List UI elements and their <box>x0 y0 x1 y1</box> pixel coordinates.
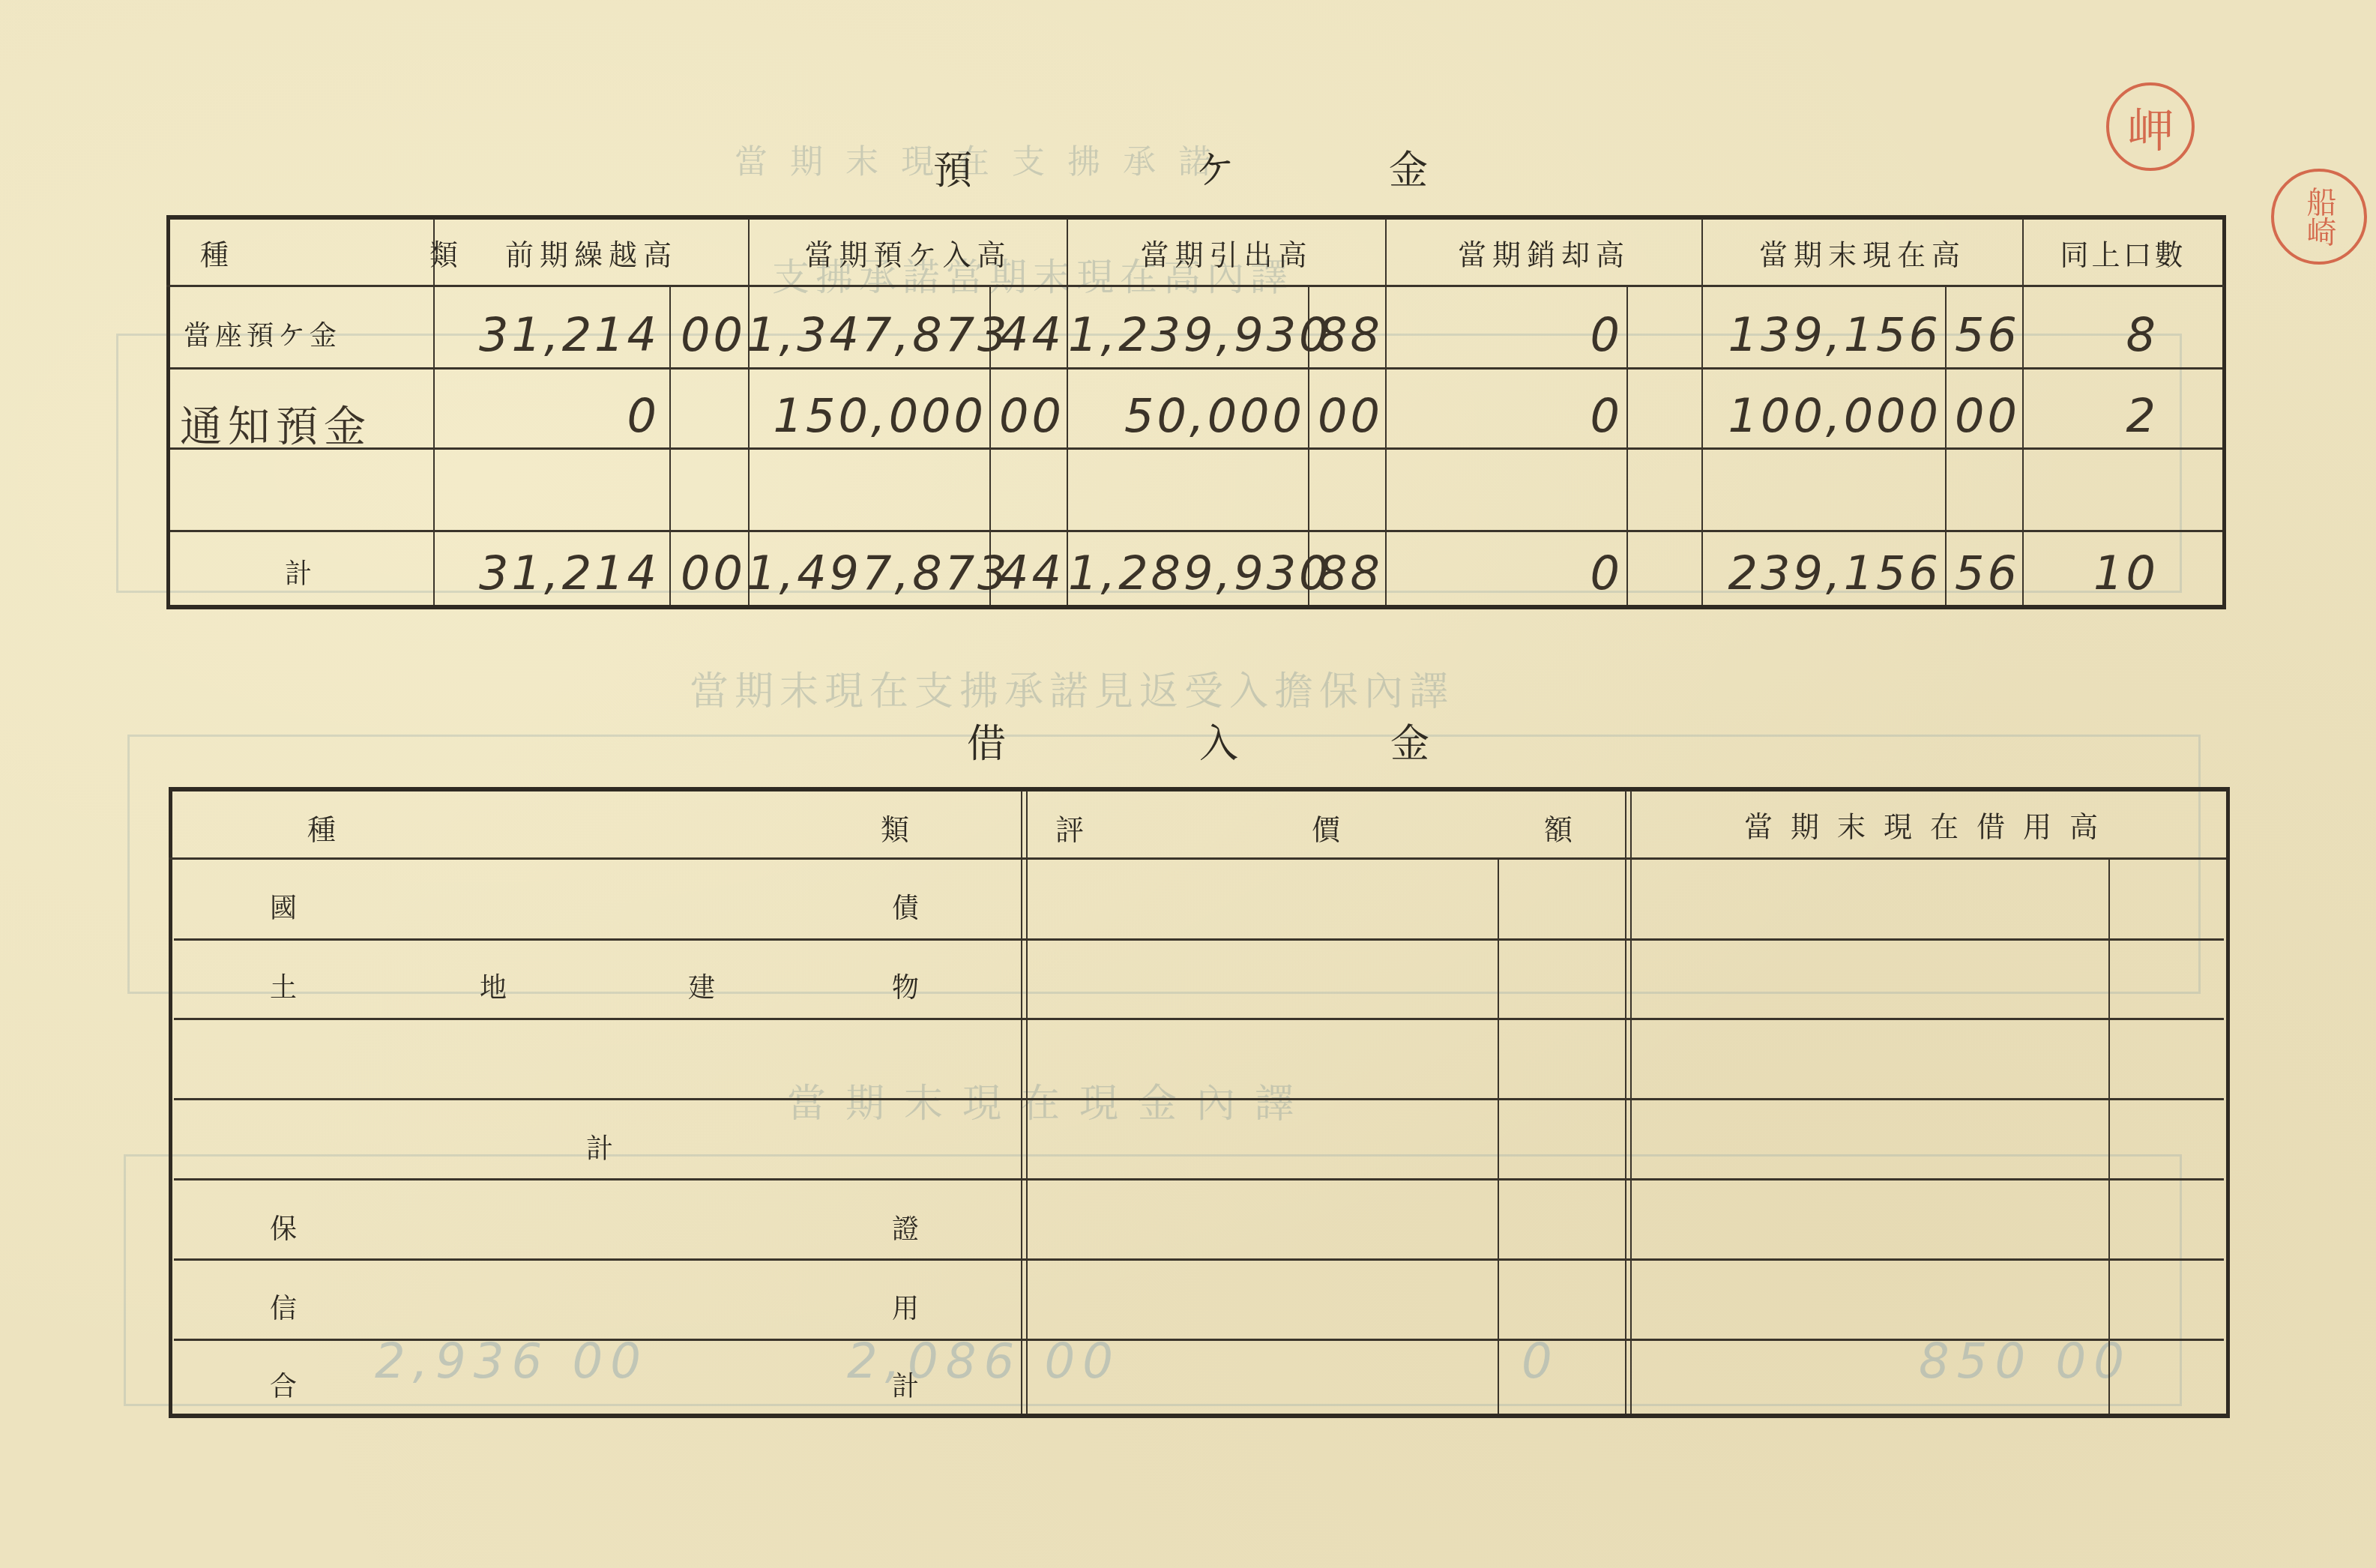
seal-stamp-funasaki: 船崎 <box>2271 169 2367 265</box>
table-border <box>169 787 172 1418</box>
row-divider <box>174 1258 2224 1261</box>
column-header-withdrawals: 當期引出高 <box>1068 219 1385 285</box>
table-border <box>2222 215 2226 609</box>
row-label-char: 債 <box>892 887 919 926</box>
row-label-char: 信 <box>270 1288 297 1326</box>
cents-divider <box>2108 860 2110 1414</box>
table-border <box>166 605 2226 609</box>
row-divider <box>174 1018 2224 1020</box>
row-label-char: 土 <box>270 967 297 1005</box>
cents-divider <box>1626 287 1628 605</box>
cell-account-count: 2 <box>2024 388 2159 443</box>
deposits-title-char: 金 <box>1389 139 1428 195</box>
cell-writeoff: 0 <box>1387 307 1623 362</box>
cell-withdrawals: 50,000 <box>1068 388 1305 443</box>
cell-prev-cents: 00 <box>671 307 746 362</box>
deposits-title-char: ケ <box>1195 139 1234 195</box>
cell-end-cents: 56 <box>1947 307 2020 362</box>
cell-deposits-cents: 00 <box>991 388 1064 443</box>
deposits-title-char: 預 <box>933 139 972 195</box>
cell-writeoff: 0 <box>1387 388 1623 443</box>
bleed-through-heading-top: 當 期 末 現 在 支 拂 承 諾 <box>735 135 1217 183</box>
loans-title-char: 入 <box>1199 712 1238 768</box>
column-divider <box>1630 791 1632 1414</box>
cell-withdrawals: 1,289,930 <box>1068 546 1305 600</box>
cell-deposits: 1,497,873 <box>747 546 986 600</box>
cell-end-balance: 100,000 <box>1703 388 1941 443</box>
column-header-writeoff: 當期銷却高 <box>1387 219 1701 285</box>
column-divider <box>1625 791 1626 1414</box>
bleed-through-frame <box>124 1154 2182 1406</box>
column-header-prev-balance: 前期繰越高 <box>435 219 748 285</box>
column-header-kind-left: 種 <box>307 806 336 848</box>
column-header-valuation-char: 額 <box>1544 806 1573 848</box>
column-header-kind-right: 類 <box>881 806 909 848</box>
header-divider <box>169 857 2226 860</box>
cell-prev-cents: 00 <box>671 546 746 600</box>
row-label-char: 地 <box>480 967 507 1005</box>
cell-account-count: 8 <box>2024 307 2159 362</box>
header-divider <box>166 285 2224 287</box>
column-header-end-balance: 當期末現在高 <box>1703 219 2022 285</box>
column-header-valuation-char: 評 <box>1055 806 1084 848</box>
row-divider <box>174 1178 2224 1180</box>
cell-end-balance: 239,156 <box>1703 546 1941 600</box>
cents-divider <box>1498 860 1499 1414</box>
row-divider <box>170 530 2222 532</box>
table-border <box>169 1414 2230 1418</box>
cell-writeoff: 0 <box>1387 546 1623 600</box>
row-divider <box>174 1098 2224 1100</box>
bleed-through-frame <box>127 735 2201 994</box>
row-label-char: 國 <box>270 887 297 926</box>
column-divider <box>1026 791 1028 1414</box>
column-header-valuation-char: 價 <box>1312 806 1340 848</box>
row-label-char: 建 <box>688 967 715 1005</box>
cell-deposits-cents: 44 <box>991 546 1064 600</box>
row-label-char: 計 <box>892 1366 919 1404</box>
row-divider <box>174 1339 2224 1341</box>
row-divider <box>170 367 2222 370</box>
row-label-char: 物 <box>892 967 919 1005</box>
row-divider <box>170 447 2222 450</box>
bleed-through-heading-mid: 當期末現在支拂承諾見返受入擔保內譯 <box>690 660 1454 716</box>
seal-stamp-misaki: 岬 <box>2106 82 2195 171</box>
cell-withdrawals-cents: 88 <box>1309 307 1383 362</box>
column-header-account-count: 同上口數 <box>2024 219 2222 285</box>
loans-title-char: 借 <box>967 712 1006 768</box>
row-label-char: 合 <box>270 1366 297 1404</box>
cell-end-cents: 00 <box>1947 388 2020 443</box>
row-label-char: 證 <box>892 1208 919 1246</box>
row-subtotal-label: 計 <box>586 1128 613 1166</box>
cell-end-cents: 56 <box>1947 546 2020 600</box>
cell-deposits-cents: 44 <box>991 307 1064 362</box>
cell-withdrawals-cents: 00 <box>1309 388 1383 443</box>
cell-deposits: 1,347,873 <box>747 307 986 362</box>
cell-prev-balance: 0 <box>435 388 660 443</box>
cell-withdrawals-cents: 88 <box>1309 546 1383 600</box>
column-header-current-borrowing: 當期末現在借用高 <box>1634 791 2226 857</box>
cell-end-balance: 139,156 <box>1703 307 1941 362</box>
column-header-kind: 種 類 <box>170 219 433 285</box>
column-divider <box>1021 791 1022 1414</box>
column-header-deposits: 當期預ケ入高 <box>750 219 1067 285</box>
row-kind-label-handwritten: 通知預金 <box>180 393 372 453</box>
loans-title-char: 金 <box>1390 712 1429 768</box>
cell-deposits: 150,000 <box>747 388 986 443</box>
row-label-char: 保 <box>270 1208 297 1246</box>
row-total-label: 計 <box>285 553 312 591</box>
cell-prev-balance: 31,214 <box>435 307 660 362</box>
row-kind-label: 當座預ケ金 <box>184 315 341 353</box>
cell-account-count: 10 <box>2024 546 2159 600</box>
row-label-char: 用 <box>892 1288 919 1326</box>
cell-prev-balance: 31,214 <box>435 546 660 600</box>
row-divider <box>174 938 2224 941</box>
cell-withdrawals: 1,239,930 <box>1068 307 1305 362</box>
table-border <box>2226 787 2230 1418</box>
